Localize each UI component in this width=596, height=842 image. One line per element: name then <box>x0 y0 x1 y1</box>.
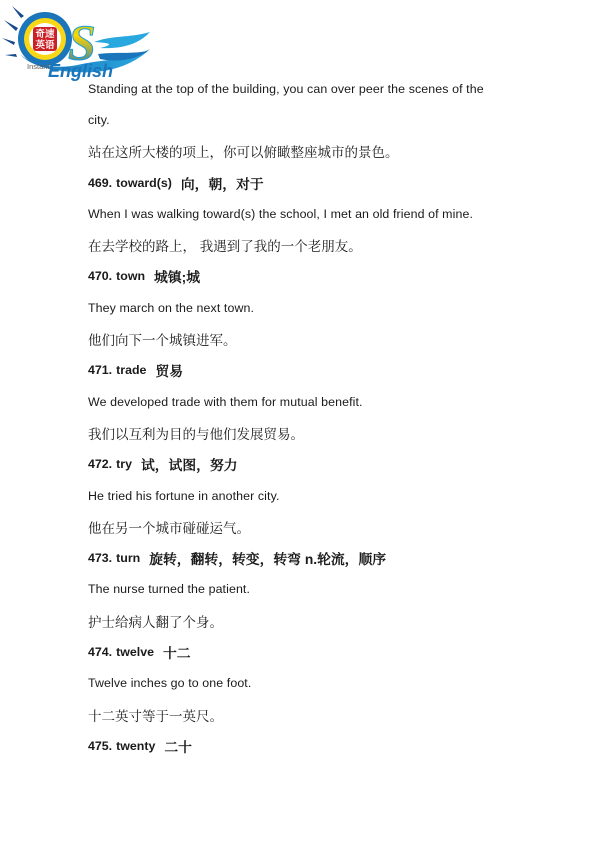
entry-meaning: 向，朝，对于 <box>181 173 264 193</box>
sentence-text: 在去学校的路上， 我遇到了我的一个老朋友。 <box>88 235 362 255</box>
translation-zh: 站在这所大楼的项上，你可以俯瞰整座城市的景色。 <box>88 136 518 167</box>
sentence-text: 我们以互利为目的与他们发展贸易。 <box>88 423 304 443</box>
example-sentence-en: The nurse turned the patient. <box>88 574 518 605</box>
entry-number: 475. <box>88 739 112 753</box>
document-body: Standing at the top of the building, you… <box>88 73 518 762</box>
entry-word: trade <box>116 363 146 377</box>
sentence-text: city. <box>88 113 110 127</box>
sentence-text: They march on the next town. <box>88 301 254 315</box>
entry-meaning: 二十 <box>164 736 192 756</box>
entry-number: 471. <box>88 363 112 377</box>
sentence-text: 他在另一个城市碰碰运气。 <box>88 517 250 537</box>
sentence-text: When I was walking toward(s) the school,… <box>88 207 473 221</box>
sentence-text: 护士给病人翻了个身。 <box>88 611 223 631</box>
entry-meaning: 旋转，翻转，转变，转弯 n.轮流，顺序 <box>149 548 386 568</box>
entry-number: 473. <box>88 551 112 565</box>
entry-heading: 472.try试，试图，努力 <box>88 449 518 480</box>
entry-number: 469. <box>88 176 112 190</box>
entry-heading: 475.twenty二十 <box>88 730 518 761</box>
translation-zh: 十二英寸等于一英尺。 <box>88 699 518 730</box>
translation-zh: 他们向下一个城镇进军。 <box>88 323 518 354</box>
entry-number: 474. <box>88 645 112 659</box>
example-sentence-en: When I was walking toward(s) the school,… <box>88 198 518 229</box>
sentence-text: 十二英寸等于一英尺。 <box>88 705 223 725</box>
entry-meaning: 贸易 <box>155 360 183 380</box>
entry-meaning: 试，试图，努力 <box>141 454 238 474</box>
entry-word: twenty <box>116 739 155 753</box>
example-sentence-en: We developed trade with them for mutual … <box>88 386 518 417</box>
example-sentence-en: Twelve inches go to one foot. <box>88 668 518 699</box>
entry-number: 470. <box>88 269 112 283</box>
translation-zh: 他在另一个城市碰碰运气。 <box>88 511 518 542</box>
sentence-text: 他们向下一个城镇进军。 <box>88 329 237 349</box>
logo-instant-label: Instant <box>27 62 50 71</box>
example-sentence-en: Standing at the top of the building, you… <box>88 73 518 104</box>
translation-zh: 我们以互利为目的与他们发展贸易。 <box>88 417 518 448</box>
entry-heading: 471.trade贸易 <box>88 355 518 386</box>
entry-word: toward(s) <box>116 176 172 190</box>
translation-zh: 在去学校的路上， 我遇到了我的一个老朋友。 <box>88 229 518 260</box>
entry-number: 472. <box>88 457 112 471</box>
entry-heading: 470.town城镇;城 <box>88 261 518 292</box>
entry-word: turn <box>116 551 140 565</box>
entry-meaning: 城镇;城 <box>154 266 200 286</box>
document-page: 奇速 英语 S Instant English Standing at the … <box>0 0 596 842</box>
entry-word: twelve <box>116 645 154 659</box>
entry-meaning: 十二 <box>163 642 191 662</box>
entry-word: town <box>116 269 145 283</box>
sentence-text: 站在这所大楼的项上，你可以俯瞰整座城市的景色。 <box>88 141 399 161</box>
sentence-text: Twelve inches go to one foot. <box>88 676 251 690</box>
sentence-text: The nurse turned the patient. <box>88 582 250 596</box>
sentence-text: We developed trade with them for mutual … <box>88 395 363 409</box>
entry-heading: 474.twelve十二 <box>88 636 518 667</box>
entry-heading: 473.turn旋转，翻转，转变，转弯 n.轮流，顺序 <box>88 542 518 573</box>
logo-o-icon: 奇速 英语 <box>18 12 72 66</box>
logo-badge-line2: 英语 <box>35 39 55 51</box>
entry-heading: 469.toward(s)向，朝，对于 <box>88 167 518 198</box>
translation-zh: 护士给病人翻了个身。 <box>88 605 518 636</box>
sentence-text: Standing at the top of the building, you… <box>88 82 484 96</box>
sentence-text: He tried his fortune in another city. <box>88 489 280 503</box>
example-sentence-en: city. <box>88 104 518 135</box>
example-sentence-en: They march on the next town. <box>88 292 518 323</box>
entry-word: try <box>116 457 132 471</box>
example-sentence-en: He tried his fortune in another city. <box>88 480 518 511</box>
logo-badge-line1: 奇速 <box>35 28 55 40</box>
